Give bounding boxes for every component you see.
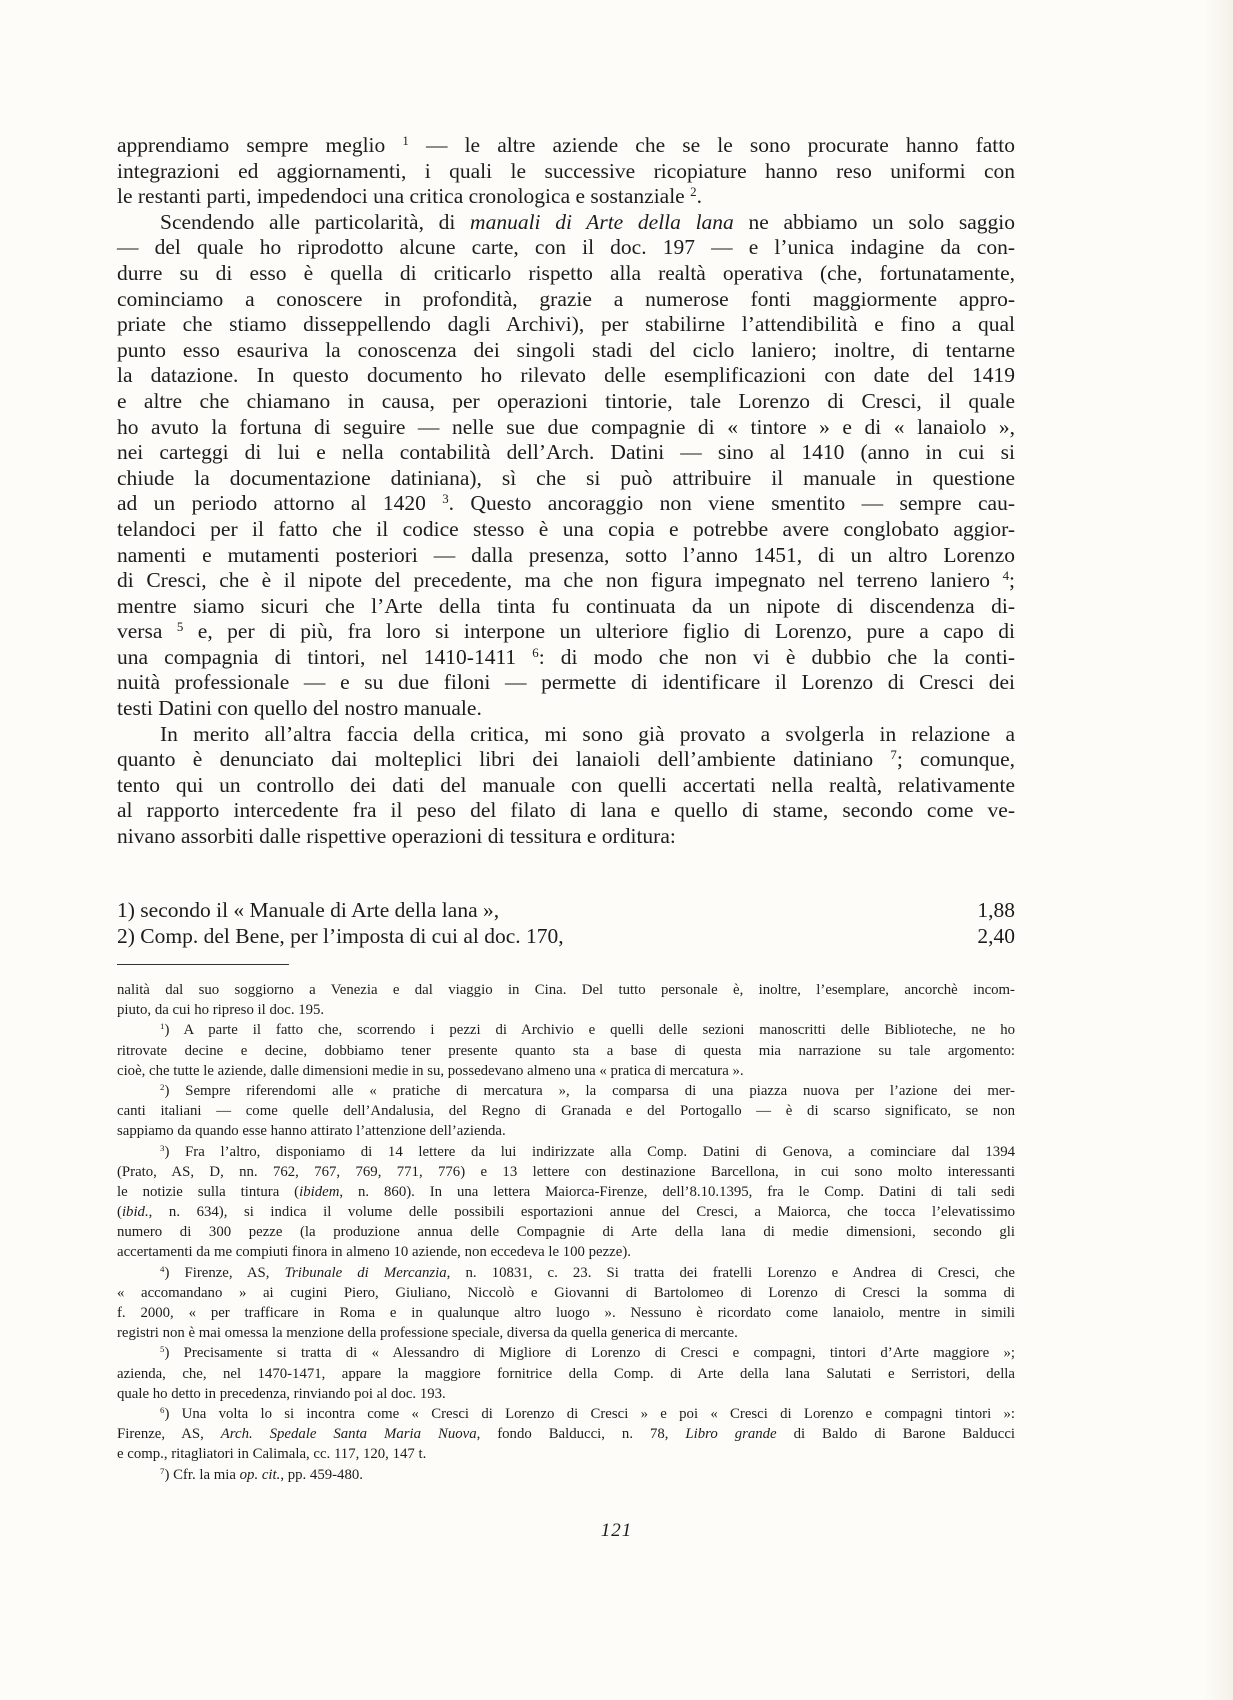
text-line: priate che stiamo disseppellendo dagli A… xyxy=(117,312,1015,338)
text-line: chiude la documentazione datiniana), sì … xyxy=(117,466,1015,492)
ratio-item: 2) Comp. del Bene, per l’imposta di cui … xyxy=(117,924,1015,950)
text-line: ad un periodo attorno al 1420 3. Questo … xyxy=(117,491,1015,517)
footnote-line: quale ho detto in precedenza, rinviando … xyxy=(117,1384,1015,1404)
text-line: — del quale ho riprodotto alcune carte, … xyxy=(117,235,1015,261)
text-line: cominciamo a conoscere in profondità, gr… xyxy=(117,287,1015,313)
text-line: versa 5 e, per di più, fra loro si inter… xyxy=(117,619,1015,645)
footnote-line: piuto, da cui ho ripreso il doc. 195. xyxy=(117,1000,1015,1020)
footnote-line: (Prato, AS, D, nn. 762, 767, 769, 771, 7… xyxy=(117,1162,1015,1182)
footnote-line: accertamenti da me compiuti finora in al… xyxy=(117,1242,1015,1262)
text-line: le restanti parti, impedendoci una criti… xyxy=(117,184,1015,210)
footnote-line: 1) A parte il fatto che, scorrendo i pez… xyxy=(117,1020,1015,1040)
text-line: In merito all’altra faccia della critica… xyxy=(117,722,1015,748)
text-line: durre su di esso è quella di criticarlo … xyxy=(117,261,1015,287)
ratio-value: 1,88 xyxy=(977,898,1015,924)
text-line: mentre siamo sicuri che l’Arte della tin… xyxy=(117,594,1015,620)
text-line: nuità professionale — e su due filoni — … xyxy=(117,670,1015,696)
main-text: apprendiamo sempre meglio 1 — le altre a… xyxy=(117,133,1015,850)
text-line: integrazioni ed aggiornamenti, i quali l… xyxy=(117,159,1015,185)
footnote-line: cioè, che tutte le aziende, dalle dimens… xyxy=(117,1061,1015,1081)
text-line: apprendiamo sempre meglio 1 — le altre a… xyxy=(117,133,1015,159)
text-line: Scendendo alle particolarità, di manuali… xyxy=(117,210,1015,236)
text-line: punto esso esauriva la conoscenza dei si… xyxy=(117,338,1015,364)
footnote-line: nalità dal suo soggiorno a Venezia e dal… xyxy=(117,980,1015,1000)
footnote-line: canti italiani — come quelle dell’Andalu… xyxy=(117,1101,1015,1121)
footnotes: nalità dal suo soggiorno a Venezia e dal… xyxy=(117,980,1015,1485)
text-line: tento qui un controllo dei dati del manu… xyxy=(117,773,1015,799)
footnote-line: 4) Firenze, AS, Tribunale di Mercanzia, … xyxy=(117,1263,1015,1283)
page-number: 121 xyxy=(0,1520,1233,1542)
footnote-divider xyxy=(117,964,289,965)
footnote-line: azienda, che, nel 1470-1471, appare la m… xyxy=(117,1364,1015,1384)
footnote-line: 2) Sempre riferendomi alle « pratiche di… xyxy=(117,1081,1015,1101)
footnote-line: Firenze, AS, Arch. Spedale Santa Maria N… xyxy=(117,1424,1015,1444)
footnote-line: numero di 300 pezze (la produzione annua… xyxy=(117,1222,1015,1242)
footnote-line: 7) Cfr. la mia op. cit., pp. 459-480. xyxy=(117,1465,1015,1485)
text-line: la datazione. In questo documento ho ril… xyxy=(117,363,1015,389)
text-line: ho avuto la fortuna di seguire — nelle s… xyxy=(117,415,1015,441)
footnote-line: ritrovate decine e decine, dobbiamo tene… xyxy=(117,1041,1015,1061)
text-line: una compagnia di tintori, nel 1410-1411 … xyxy=(117,645,1015,671)
ratio-list: 1) secondo il « Manuale di Arte della la… xyxy=(117,898,1015,949)
footnote-line: 3) Fra l’altro, disponiamo di 14 lettere… xyxy=(117,1142,1015,1162)
ratio-item: 1) secondo il « Manuale di Arte della la… xyxy=(117,898,1015,924)
ratio-value: 2,40 xyxy=(977,924,1015,950)
footnote-line: 6) Una volta lo si incontra come « Cresc… xyxy=(117,1404,1015,1424)
footnote-line: sappiamo da quando esse hanno attirato l… xyxy=(117,1121,1015,1141)
text-line: nivano assorbiti dalle rispettive operaz… xyxy=(117,824,1015,850)
footnote-line: (ibid., n. 634), si indica il volume del… xyxy=(117,1202,1015,1222)
text-line: quanto è denunciato dai molteplici libri… xyxy=(117,747,1015,773)
text-line: telandoci per il fatto che il codice ste… xyxy=(117,517,1015,543)
page-edge-shadow xyxy=(1203,0,1233,1700)
footnote-line: registri non è mai omessa la menzione de… xyxy=(117,1323,1015,1343)
text-line: al rapporto intercedente fra il peso del… xyxy=(117,798,1015,824)
footnote-line: e comp., ritagliatori in Calimala, cc. 1… xyxy=(117,1444,1015,1464)
footnote-line: le notizie sulla tintura (ibidem, n. 860… xyxy=(117,1182,1015,1202)
text-line: nei carteggi di lui e nella contabilità … xyxy=(117,440,1015,466)
text-line: testi Datini con quello del nostro manua… xyxy=(117,696,1015,722)
footnote-line: f. 2000, « per trafficare in Roma e in q… xyxy=(117,1303,1015,1323)
text-line: e altre che chiamano in causa, per opera… xyxy=(117,389,1015,415)
ratio-label: 1) secondo il « Manuale di Arte della la… xyxy=(117,898,499,924)
footnote-line: 5) Precisamente si tratta di « Alessandr… xyxy=(117,1343,1015,1363)
text-line: di Cresci, che è il nipote del precedent… xyxy=(117,568,1015,594)
text-line: namenti e mutamenti posteriori — dalla p… xyxy=(117,543,1015,569)
footnote-line: « accomandano » ai cugini Piero, Giulian… xyxy=(117,1283,1015,1303)
ratio-label: 2) Comp. del Bene, per l’imposta di cui … xyxy=(117,924,564,950)
